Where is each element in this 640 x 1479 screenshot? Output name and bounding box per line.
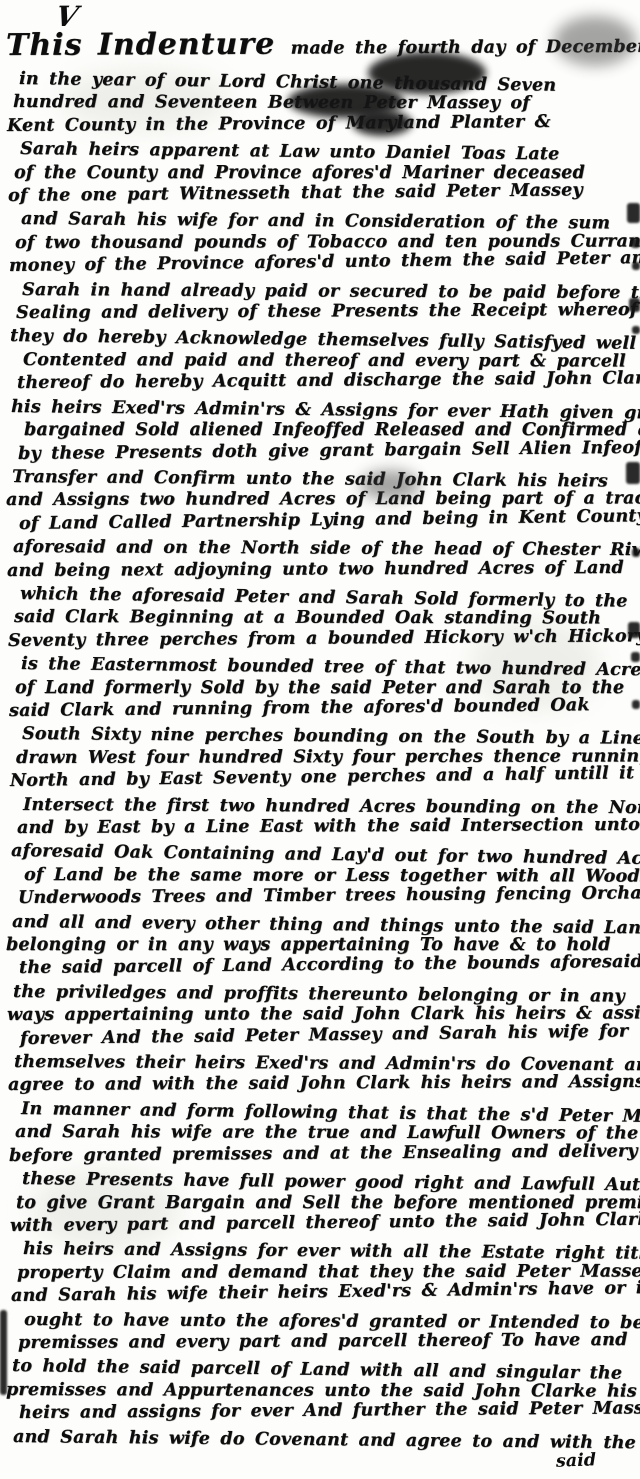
edge-artifact [632, 548, 640, 557]
manuscript-line: This Indenture made the fourth day of De… [6, 25, 640, 68]
ink-smear [554, 16, 636, 66]
edge-artifact [631, 652, 640, 662]
edge-artifact [628, 622, 640, 638]
manuscript-line: heirs and assigns for ever And further t… [19, 1398, 640, 1426]
manuscript-page: V This Indenture made the fourth day of … [0, 0, 640, 1479]
manuscript-line: thereof do hereby Acquitt and discharge … [17, 368, 640, 396]
manuscript-last-word: said [556, 1450, 597, 1471]
edge-artifact [632, 262, 640, 270]
manuscript-text-block: This Indenture made the fourth day of De… [0, 28, 640, 1449]
ink-blot [352, 110, 412, 136]
manuscript-line: Sealing and delivery of these Presents t… [16, 299, 640, 326]
ink-smear [360, 470, 420, 500]
manuscript-line: Underwoods Trees and Timber trees housin… [18, 883, 640, 911]
manuscript-line: agree to and with the said John Clark hi… [8, 1071, 640, 1098]
edge-artifact [632, 700, 640, 709]
edge-artifact [631, 238, 640, 248]
manuscript-line: before granted premisses and at the Ense… [9, 1140, 640, 1168]
opening-words: This Indenture [6, 27, 291, 63]
manuscript-line: and by East by a Line East with the said… [17, 814, 640, 841]
manuscript-line: with every part and parcell thereof unto… [10, 1209, 640, 1239]
manuscript-line: said Clark and running from the afores'd… [9, 694, 640, 724]
edge-artifact [0, 1310, 7, 1395]
edge-artifact [626, 462, 640, 484]
edge-artifact [632, 326, 640, 334]
manuscript-line: of the one part Witnesseth that the said… [8, 179, 640, 209]
manuscript-line: premisses and every part and parcell the… [18, 1329, 640, 1356]
edge-artifact [629, 298, 640, 312]
manuscript-line: Seventy three perches from a bounded Hic… [8, 625, 640, 653]
manuscript-line: the said parcell of Land According to th… [19, 951, 640, 981]
edge-artifact [627, 203, 640, 223]
manuscript-line: and Sarah his wife do Covenant and agree… [13, 1426, 640, 1456]
manuscript-line: and being next adjoyning unto two hundre… [7, 556, 640, 583]
